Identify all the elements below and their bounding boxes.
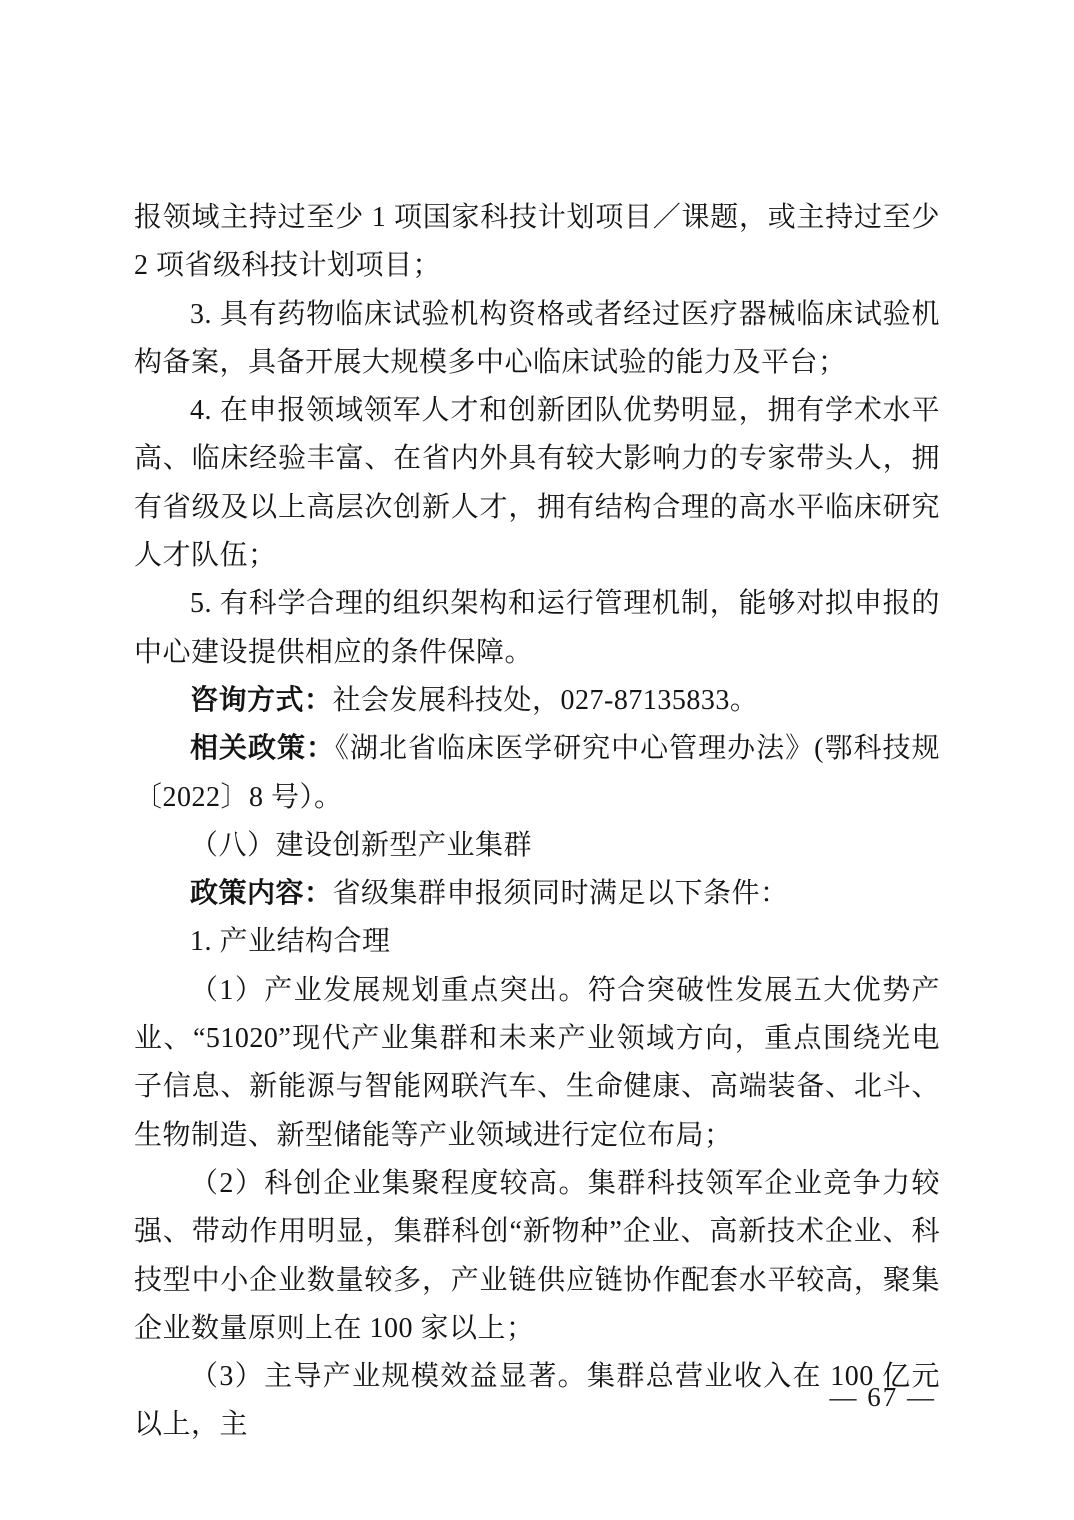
- paragraph-text: （2）科创企业集聚程度较高。集群科技领军企业竞争力较强、带动作用明显，集群科创“…: [134, 1168, 940, 1344]
- paragraph: 4. 在申报领域领军人才和创新团队优势明显，拥有学术水平高、临床经验丰富、在省内…: [134, 387, 940, 580]
- paragraph: 5. 有科学合理的组织架构和运行管理机制，能够对拟申报的中心建设提供相应的条件保…: [134, 580, 940, 677]
- paragraph-text: 社会发展科技处，027-87135833。: [333, 685, 759, 716]
- paragraph-text: （八）建设创新型产业集群: [190, 830, 532, 861]
- paragraph: 1. 产业结构合理: [134, 918, 940, 966]
- bold-label: 政策内容：: [190, 878, 333, 909]
- paragraph-text: 5. 有科学合理的组织架构和运行管理机制，能够对拟申报的中心建设提供相应的条件保…: [134, 588, 940, 667]
- paragraph: （1）产业发展规划重点突出。符合突破性发展五大优势产业、“51020”现代产业集…: [134, 967, 940, 1160]
- document-page: 报领域主持过至少 1 项国家科技计划项目／课题，或主持过至少 2 项省级科技计划…: [0, 0, 1074, 1520]
- paragraph-text: 省级集群申报须同时满足以下条件：: [333, 878, 789, 909]
- paragraph-text: 1. 产业结构合理: [190, 926, 391, 957]
- page-number: — 67 —: [830, 1382, 937, 1413]
- paragraph: （2）科创企业集聚程度较高。集群科技领军企业竞争力较强、带动作用明显，集群科创“…: [134, 1160, 940, 1353]
- document-body: 报领域主持过至少 1 项国家科技计划项目／课题，或主持过至少 2 项省级科技计划…: [134, 194, 940, 1450]
- paragraph-text: 报领域主持过至少 1 项国家科技计划项目／课题，或主持过至少 2 项省级科技计划…: [134, 202, 940, 281]
- paragraph-text: 4. 在申报领域领军人才和创新团队优势明显，拥有学术水平高、临床经验丰富、在省内…: [134, 395, 940, 571]
- paragraph-text: （1）产业发展规划重点突出。符合突破性发展五大优势产业、“51020”现代产业集…: [134, 975, 940, 1151]
- section-heading: （八）建设创新型产业集群: [134, 822, 940, 870]
- paragraph: 3. 具有药物临床试验机构资格或者经过医疗器械临床试验机构备案，具备开展大规模多…: [134, 291, 940, 388]
- bold-label: 咨询方式：: [190, 685, 333, 716]
- paragraph-text: 3. 具有药物临床试验机构资格或者经过医疗器械临床试验机构备案，具备开展大规模多…: [134, 299, 940, 378]
- paragraph: （3）主导产业规模效益显著。集群总营业收入在 100 亿元以上，主: [134, 1353, 940, 1450]
- paragraph: 报领域主持过至少 1 项国家科技计划项目／课题，或主持过至少 2 项省级科技计划…: [134, 194, 940, 291]
- paragraph: 相关政策：《湖北省临床医学研究中心管理办法》(鄂科技规〔2022〕8 号）。: [134, 725, 940, 822]
- paragraph: 政策内容：省级集群申报须同时满足以下条件：: [134, 870, 940, 918]
- bold-label: 相关政策：: [190, 733, 335, 764]
- paragraph-text: （3）主导产业规模效益显著。集群总营业收入在 100 亿元以上，主: [134, 1361, 940, 1440]
- paragraph: 咨询方式：社会发展科技处，027-87135833。: [134, 677, 940, 725]
